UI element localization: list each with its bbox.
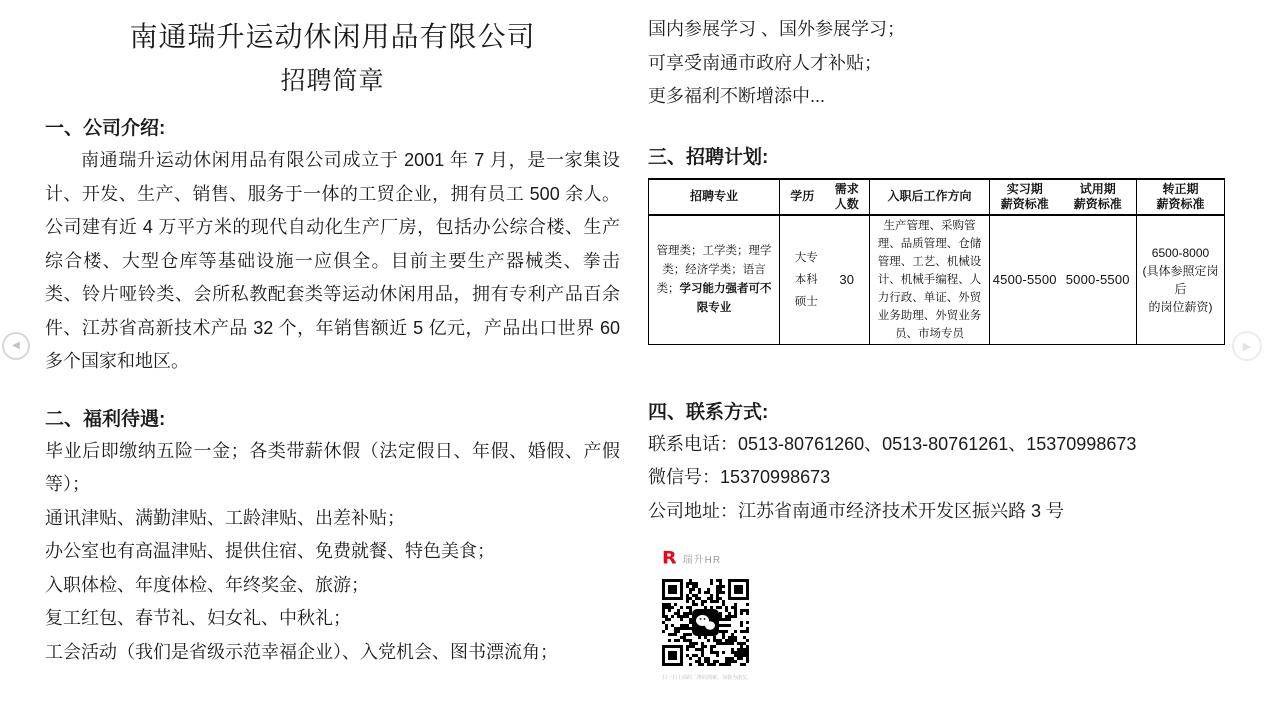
table-row: 管理类；工学类；理学类；经济学类；语言类；学习能力强者可不限专业 大专 本科 硕… (649, 215, 1225, 345)
chevron-right-icon: ▶ (1243, 341, 1251, 352)
contact-address: 公司地址：江苏省南通市经济技术开发区振兴路 3 号 (648, 495, 1224, 529)
company-logo-icon: R (662, 549, 677, 566)
qr-logo-row: R 瑞升HR (662, 548, 802, 568)
col-header-probation-salary: 试用期 薪资标准 (1060, 179, 1137, 215)
next-page-button[interactable]: ▶ (1232, 331, 1262, 361)
majors-bold-text: 学习能力强者可不限专业 (680, 283, 772, 314)
benefit-item: 入职体检、年度体检、年终奖金、旅游； (45, 569, 620, 603)
contact-phone: 联系电话：0513-80761260、0513-80761261、1537099… (648, 428, 1224, 462)
company-title: 南通瑞升运动休闲用品有限公司 (45, 0, 620, 56)
benefit-item: 国内参展学习 、国外参展学习； (648, 13, 1224, 47)
cell-probation-salary: 5000-5500 (1060, 215, 1137, 345)
qr-code (662, 579, 749, 666)
col-header-headcount: 需求 人数 (825, 179, 870, 215)
col-header-education: 学历 (780, 179, 825, 215)
benefits-continued: 国内参展学习 、国外参展学习； 可享受南通市政府人才补贴； 更多福利不断增添中.… (648, 0, 1224, 114)
page-subtitle: 招聘简章 (45, 64, 620, 98)
benefit-item: 可享受南通市政府人才补贴； (648, 47, 1224, 81)
benefit-item: 工会活动（我们是省级示范幸福企业）、入党机会、图书漂流角； (45, 636, 620, 670)
wechat-qr-block: R 瑞升HR 扫一扫上面的二维码图案，加我为朋友。 (662, 548, 802, 681)
section-heading-plan: 三、招聘计划: (648, 143, 1224, 173)
section-heading-intro: 一、公司介绍: (45, 114, 620, 144)
benefit-item: 更多福利不断增添中... (648, 80, 1224, 114)
col-header-major: 招聘专业 (649, 179, 780, 215)
cell-directions: 生产管理、采购管理、品质管理、仓储管理、工艺、机械设计、机械手编程、人力行政、单… (870, 215, 990, 345)
cell-education: 大专 本科 硕士 (780, 215, 825, 345)
cell-intern-salary: 4500-5500 (990, 215, 1060, 345)
cell-headcount: 30 (825, 215, 870, 345)
benefit-item: 毕业后即缴纳五险一金；各类带薪休假（法定假日、年假、婚假、产假等）； (45, 435, 620, 502)
qr-logo-label: 瑞升HR (683, 551, 721, 566)
contact-wechat: 微信号：15370998673 (648, 461, 1224, 495)
chevron-left-icon: ◀ (12, 341, 20, 351)
benefit-item: 复工红包、春节礼、妇女礼、中秋礼； (45, 602, 620, 636)
cell-majors: 管理类；工学类；理学类；经济学类；语言类；学习能力强者可不限专业 (649, 215, 780, 345)
col-header-intern-salary: 实习期 薪资标准 (990, 179, 1060, 215)
recruitment-plan-table: 招聘专业 学历 需求 人数 入职后工作方向 实习期 薪资标准 试用期 薪资标准 … (648, 178, 1225, 345)
left-column: 南通瑞升运动休闲用品有限公司 招聘简章 一、公司介绍: 南通瑞升运动休闲用品有限… (45, 0, 620, 669)
company-intro-paragraph: 南通瑞升运动休闲用品有限公司成立于 2001 年 7 月，是一家集设计、开发、生… (45, 144, 620, 379)
document-page: 南通瑞升运动休闲用品有限公司 招聘简章 一、公司介绍: 南通瑞升运动休闲用品有限… (0, 0, 1270, 711)
prev-page-button[interactable]: ◀ (2, 332, 30, 360)
table-header-row: 招聘专业 学历 需求 人数 入职后工作方向 实习期 薪资标准 试用期 薪资标准 … (649, 179, 1225, 215)
qr-caption: 扫一扫上面的二维码图案，加我为朋友。 (662, 674, 782, 681)
section-heading-benefits: 二、福利待遇: (45, 405, 620, 435)
col-header-direction: 入职后工作方向 (870, 179, 990, 215)
section-heading-contact: 四、联系方式: (648, 398, 1224, 428)
col-header-regular-salary: 转正期 薪资标准 (1137, 179, 1225, 215)
right-column: 国内参展学习 、国外参展学习； 可享受南通市政府人才补贴； 更多福利不断增添中.… (648, 0, 1224, 528)
benefit-item: 办公室也有高温津贴、提供住宿、免费就餐、特色美食； (45, 535, 620, 569)
cell-regular-salary: 6500-8000 (具体参照定岗后 的岗位薪资) (1137, 215, 1225, 345)
benefit-item: 通讯津贴、满勤津贴、工龄津贴、出差补贴； (45, 502, 620, 536)
